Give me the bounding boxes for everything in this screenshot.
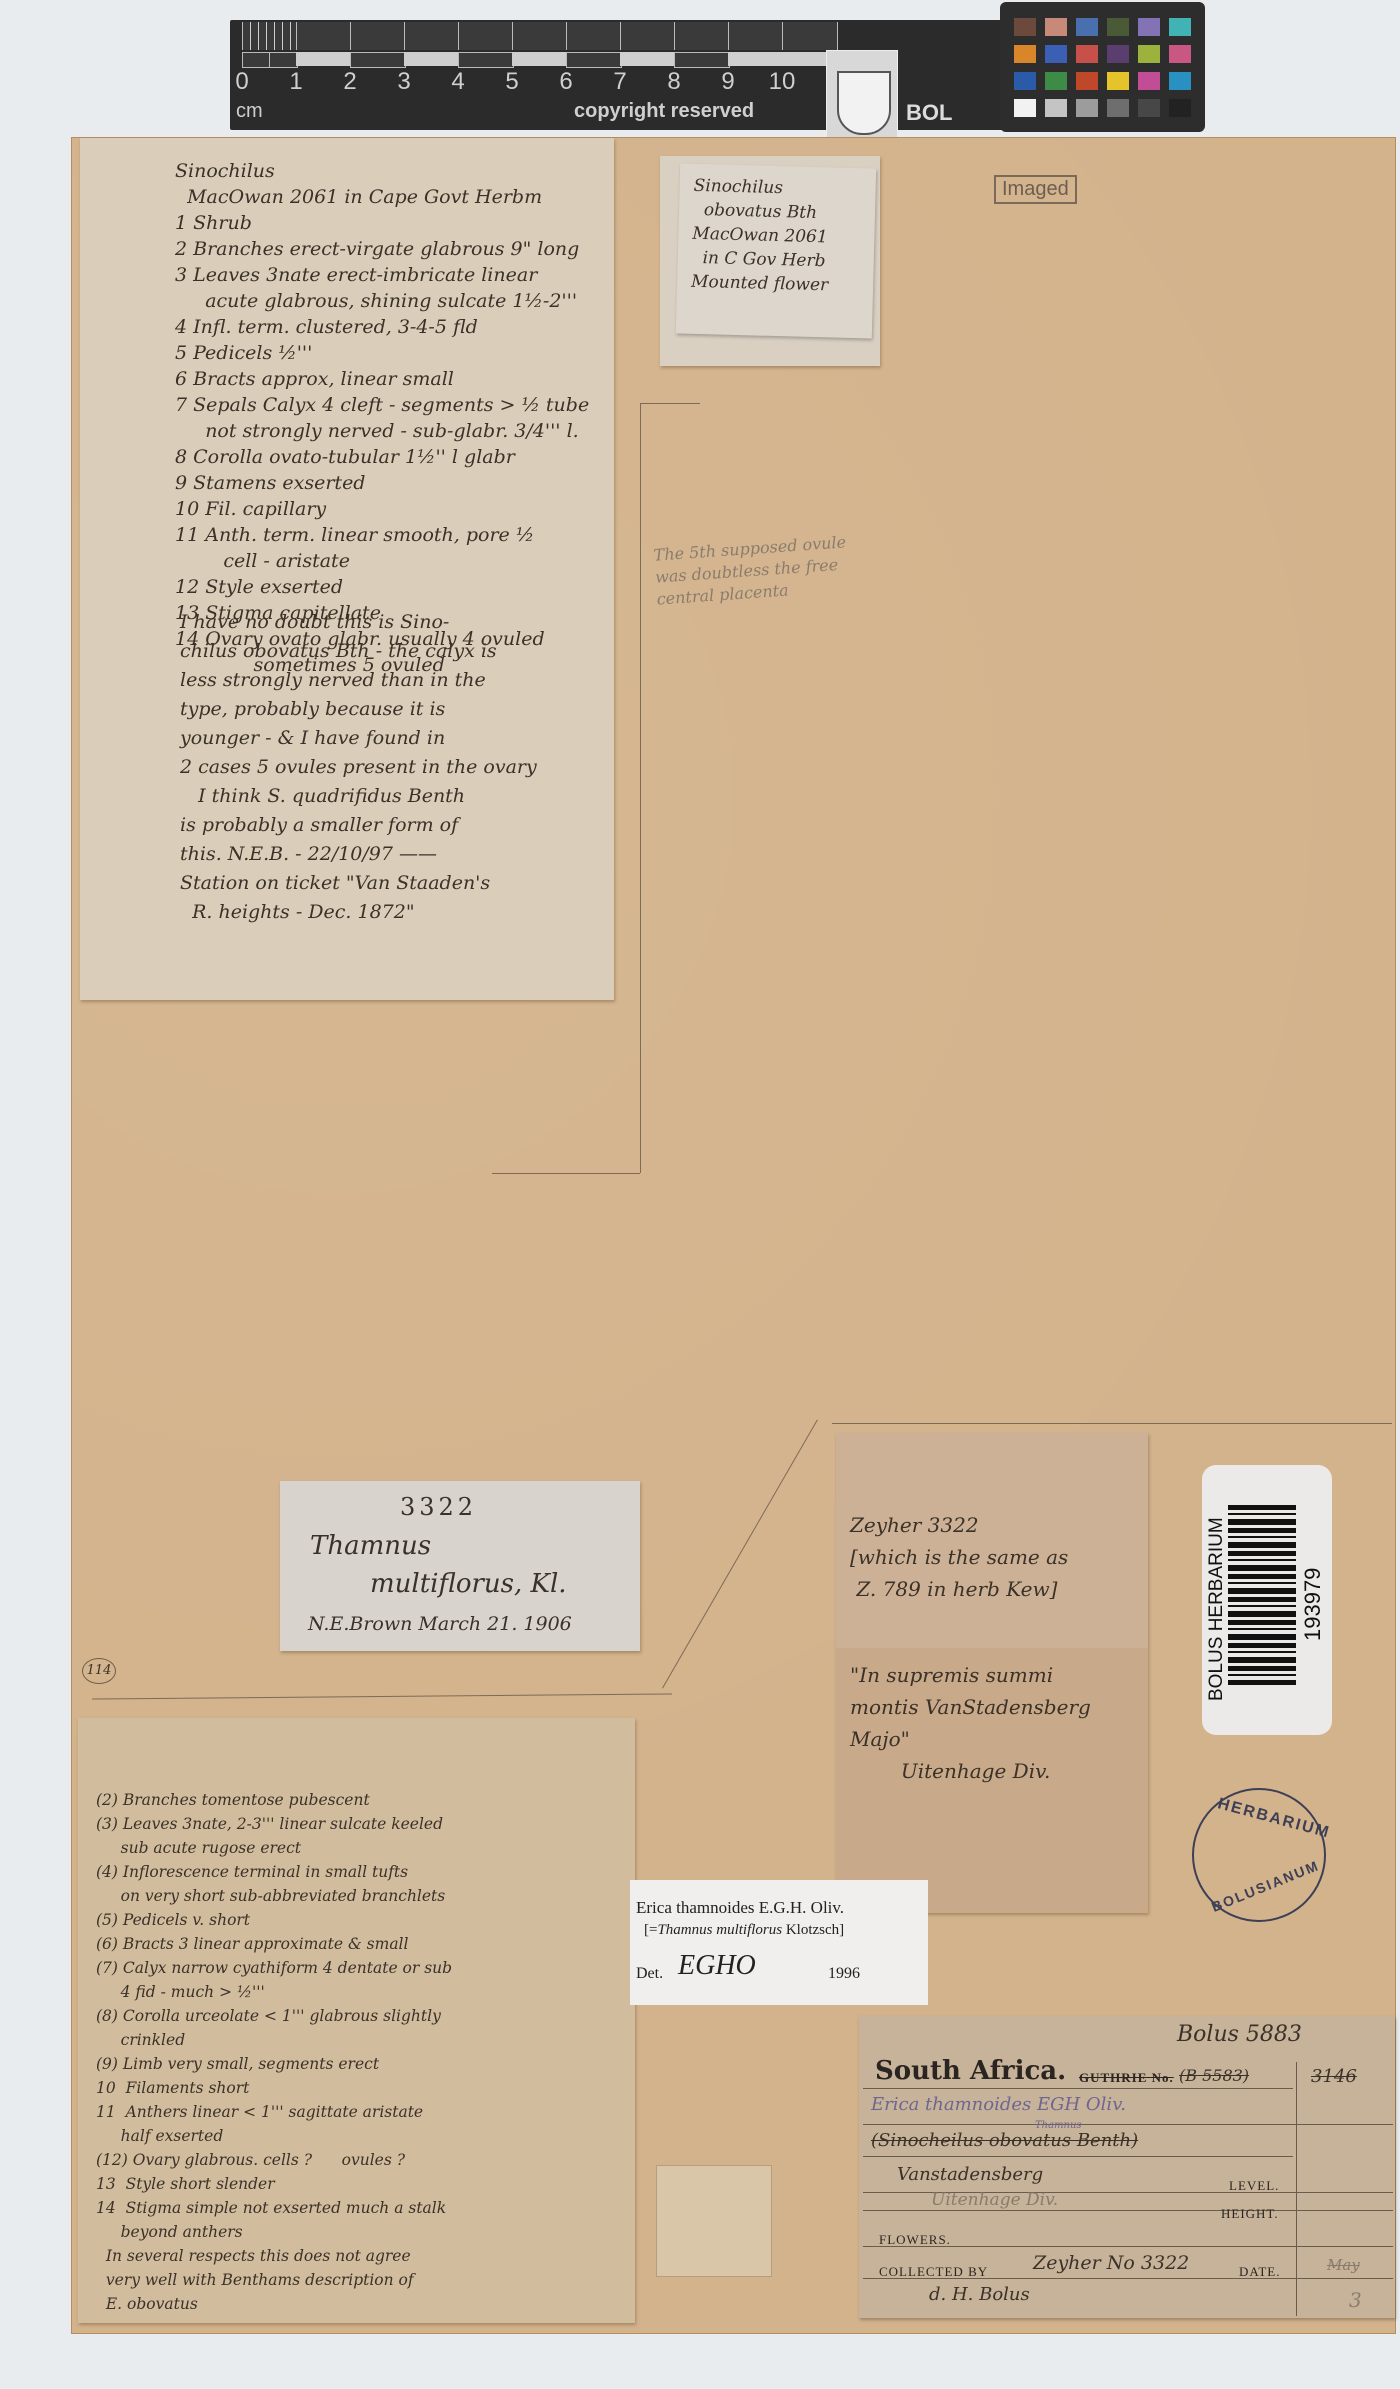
note-line: 14 Stigma simple not exserted much a sta… — [96, 2196, 625, 2220]
note-line: very well with Benthams description of — [96, 2268, 625, 2292]
label-signature: N.E.Brown March 21. 1906 — [308, 1613, 572, 1635]
pencil-line — [492, 1173, 640, 1174]
color-swatch — [1014, 45, 1036, 63]
note-line: type, probably because it is — [180, 695, 598, 724]
color-swatch — [1014, 99, 1036, 117]
color-swatch — [1169, 45, 1191, 63]
note-line: 5 Pedicels ½''' — [175, 340, 594, 366]
note-line: less strongly nerved than in the — [180, 666, 598, 695]
note-line: 4 fid - much > ½''' — [96, 1980, 625, 2004]
copyright-text: copyright reserved — [574, 100, 754, 123]
zeyher-note-top: Zeyher 3322[which is the same as Z. 789 … — [850, 1509, 1068, 1605]
note-line: half exserted — [96, 2124, 625, 2148]
ruler-number: 1 — [289, 68, 302, 96]
note-line: In several respects this does not agree — [96, 2244, 625, 2268]
empty-fragment-packet — [656, 2165, 772, 2277]
note-line: cell - aristate — [175, 548, 594, 574]
color-swatch — [1138, 18, 1160, 36]
note-line: 9 Stamens exserted — [175, 470, 594, 496]
determination-slip: Erica thamnoides E.G.H. Oliv. [=Thamnus … — [630, 1880, 928, 2005]
flowers-label: FLOWERS. — [879, 2232, 951, 2248]
right-number: 3146 — [1311, 2066, 1357, 2087]
note-line: beyond anthers — [96, 2220, 625, 2244]
synonym-line: (Sinocheilus obovatus Benth) — [871, 2130, 1138, 2151]
note-lines: Sinochilus MacOwan 2061 in Cape Govt Her… — [175, 158, 594, 678]
note-line: (5) Pedicels v. short — [96, 1908, 625, 1932]
note-line: Majo" — [850, 1723, 1091, 1755]
height-label: HEIGHT. — [1221, 2206, 1279, 2222]
ruler-number: 2 — [343, 68, 356, 96]
color-swatch — [1014, 18, 1036, 36]
note-line: (12) Ovary glabrous. cells ? ovules ? — [96, 2148, 625, 2172]
note-line: Z. 789 in herb Kew] — [850, 1573, 1068, 1605]
collector: Zeyher No 3322 — [1033, 2252, 1189, 2274]
ruler-number: 7 — [613, 68, 626, 96]
color-swatch — [1045, 45, 1067, 63]
det-signature: EGHO — [678, 1950, 756, 1982]
note-line: Uitenhage Div. — [850, 1755, 1091, 1787]
pencil-line — [832, 1423, 1392, 1424]
ruler-number: 10 — [769, 68, 796, 96]
locality: Vanstadensberg — [897, 2164, 1043, 2185]
date-label: DATE. — [1239, 2264, 1280, 2280]
det-year: 1996 — [828, 1965, 860, 1983]
note-line: 11 Anth. term. linear smooth, pore ½ — [175, 522, 594, 548]
ruler-number: 5 — [505, 68, 518, 96]
note-line: [which is the same as — [850, 1541, 1068, 1573]
note-line: Sinochilus — [175, 158, 594, 184]
note-line: 11 Anthers linear < 1''' sagittate arist… — [96, 2100, 625, 2124]
color-swatch — [1076, 99, 1098, 117]
label-number: 3322 — [400, 1493, 477, 1521]
note-line: (6) Bracts 3 linear approximate & small — [96, 1932, 625, 1956]
guthrie-value: (B 5583) — [1179, 2066, 1249, 2085]
name-line: Erica thamnoides EGH Oliv. — [871, 2094, 1126, 2115]
label-genus: Thamnus — [310, 1531, 431, 1561]
note-line: "In supremis summi — [850, 1659, 1091, 1691]
stamp-text-top: HERBARIUM — [1216, 1795, 1332, 1842]
note-line: younger - & I have found in — [180, 724, 598, 753]
south-africa-collection-label: Bolus 5883 South Africa. GUTHRIE No. (B … — [859, 2016, 1395, 2318]
note-line: 6 Bracts approx, linear small — [175, 366, 594, 392]
note-line: 13 Style short slender — [96, 2172, 625, 2196]
barcode-icon — [1228, 1505, 1296, 1685]
handwritten-note-comparison: (2) Branches tomentose pubescent(3) Leav… — [78, 1718, 635, 2323]
note-line: is probably a smaller form of — [180, 811, 598, 840]
zeyher-locality-packet: Zeyher 3322[which is the same as Z. 789 … — [836, 1433, 1148, 1913]
color-swatch — [1045, 99, 1067, 117]
note-line: R. heights - Dec. 1872" — [180, 898, 598, 927]
color-swatch — [1076, 72, 1098, 90]
barcode-institution: BOLUS HERBARIUM — [1206, 1517, 1228, 1701]
note-line: (7) Calyx narrow cyathiform 4 dentate or… — [96, 1956, 625, 1980]
note-line: 1 Shrub — [175, 210, 594, 236]
note-line: in C Gov Herb — [691, 246, 829, 274]
note-line: (9) Limb very small, segments erect — [96, 2052, 625, 2076]
ruler-unit: cm — [236, 100, 263, 123]
level-label: LEVEL. — [1229, 2178, 1279, 2194]
herbarium-bolusianum-stamp: HERBARIUM BOLUSIANUM — [1192, 1788, 1326, 1922]
note-line: I have no doubt this is Sino- — [180, 608, 598, 637]
note-line: this. N.E.B. - 22/10/97 —— — [180, 840, 598, 869]
bolus-number: Bolus 5883 — [1177, 2022, 1302, 2047]
note-line: (2) Branches tomentose pubescent — [96, 1788, 625, 1812]
pencil-line — [662, 1420, 818, 1689]
cm-scale — [242, 22, 862, 66]
pencil-annotation: The 5th supposed ovulewas doubtless the … — [653, 531, 850, 610]
note-line: (4) Inflorescence terminal in small tuft… — [96, 1860, 625, 1884]
color-swatch — [1169, 99, 1191, 117]
handwritten-note-description: Sinochilus MacOwan 2061 in Cape Govt Her… — [80, 138, 614, 1000]
note-line: MacOwan 2061 in Cape Govt Herbm — [175, 184, 594, 210]
note-line: 3 Leaves 3nate erect-imbricate linear — [175, 262, 594, 288]
circled-number: 114 — [82, 1658, 116, 1684]
color-swatch — [1107, 72, 1129, 90]
mounted-flower-packet: Sinochilus obovatus BthMacOwan 2061 in C… — [660, 156, 880, 366]
note-line: 7 Sepals Calyx 4 cleft - segments > ½ tu… — [175, 392, 594, 418]
color-swatch — [1138, 99, 1160, 117]
ruler-number: 6 — [559, 68, 572, 96]
note-line: crinkled — [96, 2028, 625, 2052]
packet-label-text: Sinochilus obovatus BthMacOwan 2061 in C… — [691, 174, 831, 298]
note-line: montis VanStadensberg — [850, 1691, 1091, 1723]
donor: d. H. Bolus — [929, 2284, 1030, 2305]
ruler-number: 3 — [397, 68, 410, 96]
guthrie-label: GUTHRIE No. — [1079, 2070, 1174, 2086]
color-swatch — [1107, 45, 1129, 63]
barcode-number: 193979 — [1300, 1568, 1326, 1641]
note-line: Sinochilus — [693, 174, 831, 202]
date-value: May — [1327, 2256, 1360, 2274]
note-line: obovatus Bth — [693, 198, 831, 226]
note-lines: (2) Branches tomentose pubescent(3) Leav… — [96, 1788, 625, 2316]
note-line: (3) Leaves 3nate, 2-3''' linear sulcate … — [96, 1812, 625, 1836]
note-line: 10 Fil. capillary — [175, 496, 594, 522]
note-line: 4 Infl. term. clustered, 3-4-5 fld — [175, 314, 594, 340]
note-line: Station on ticket "Van Staaden's — [180, 869, 598, 898]
color-calibration-chart — [1000, 2, 1205, 132]
ruler-number: 4 — [451, 68, 464, 96]
scale-ruler: 0 1 2 3 4 5 6 7 8 9 10 cm copyright rese… — [230, 20, 1010, 130]
pencil-line — [640, 403, 641, 1173]
note-paragraph: I have no doubt this is Sino-chilus obov… — [180, 608, 598, 927]
det-synonym-author: Klotzsch — [786, 1922, 839, 1938]
pencil-line — [640, 403, 700, 404]
color-swatch — [1107, 18, 1129, 36]
barcode-label: BOLUS HERBARIUM 193979 — [1202, 1465, 1332, 1735]
note-line: I think S. quadrifidus Benth — [180, 782, 598, 811]
color-swatch — [1014, 72, 1036, 90]
color-swatch — [1107, 99, 1129, 117]
herbarium-sheet: Sinochilus MacOwan 2061 in Cape Govt Her… — [72, 138, 1395, 2333]
color-swatch — [1045, 72, 1067, 90]
note-line: 10 Filaments short — [96, 2076, 625, 2100]
corner-number: 3 — [1349, 2288, 1362, 2312]
color-swatch — [1169, 72, 1191, 90]
note-line: E. obovatus — [96, 2292, 625, 2316]
institution-code: BOL — [906, 100, 952, 126]
collected-by-label: COLLECTED BY — [879, 2264, 988, 2280]
note-line: MacOwan 2061 — [692, 222, 830, 250]
ruler-number: 8 — [667, 68, 680, 96]
ruler-number: 9 — [721, 68, 734, 96]
note-line: (8) Corolla urceolate < 1''' glabrous sl… — [96, 2004, 625, 2028]
stamp-text-bottom: BOLUSIANUM — [1209, 1857, 1322, 1915]
label-species: multiflorus, Kl. — [370, 1569, 567, 1599]
det-synonym-name: Thamnus multiflorus — [657, 1922, 782, 1938]
color-swatch — [1076, 45, 1098, 63]
color-swatch — [1076, 18, 1098, 36]
brown-determination-label: 3322 Thamnus multiflorus, Kl. N.E.Brown … — [280, 1481, 640, 1651]
color-swatch — [1169, 18, 1191, 36]
zeyher-note-bottom: "In supremis summimontis VanStadensbergM… — [850, 1659, 1091, 1787]
note-line: Mounted flower — [691, 270, 829, 298]
note-line: 2 Branches erect-virgate glabrous 9" lon… — [175, 236, 594, 262]
det-synonym: [=Thamnus multiflorus Klotzsch] — [644, 1922, 844, 1939]
ruler-number: 0 — [235, 68, 248, 96]
color-swatch — [1138, 45, 1160, 63]
note-line: not strongly nerved - sub-glabr. 3/4''' … — [175, 418, 594, 444]
note-line: 2 cases 5 ovules present in the ovary — [180, 753, 598, 782]
district: Uitenhage Div. — [931, 2190, 1058, 2210]
pencil-line — [92, 1693, 672, 1699]
label-title: South Africa. — [875, 2056, 1066, 2086]
color-swatch — [1045, 18, 1067, 36]
note-line: sub acute rugose erect — [96, 1836, 625, 1860]
det-name: Erica thamnoides E.G.H. Oliv. — [636, 1898, 844, 1918]
university-crest-icon — [826, 50, 898, 144]
note-line: on very short sub-abbreviated branchlets — [96, 1884, 625, 1908]
note-line: chilus obovatus Bth - the calyx is — [180, 637, 598, 666]
note-line: acute glabrous, shining sulcate 1½-2''' — [175, 288, 594, 314]
det-prefix: Det. — [636, 1965, 663, 1983]
color-swatch — [1138, 72, 1160, 90]
imaged-stamp: Imaged — [994, 175, 1077, 204]
note-line: Zeyher 3322 — [850, 1509, 1068, 1541]
note-line: 12 Style exserted — [175, 574, 594, 600]
note-line: 8 Corolla ovato-tubular 1½'' l glabr — [175, 444, 594, 470]
